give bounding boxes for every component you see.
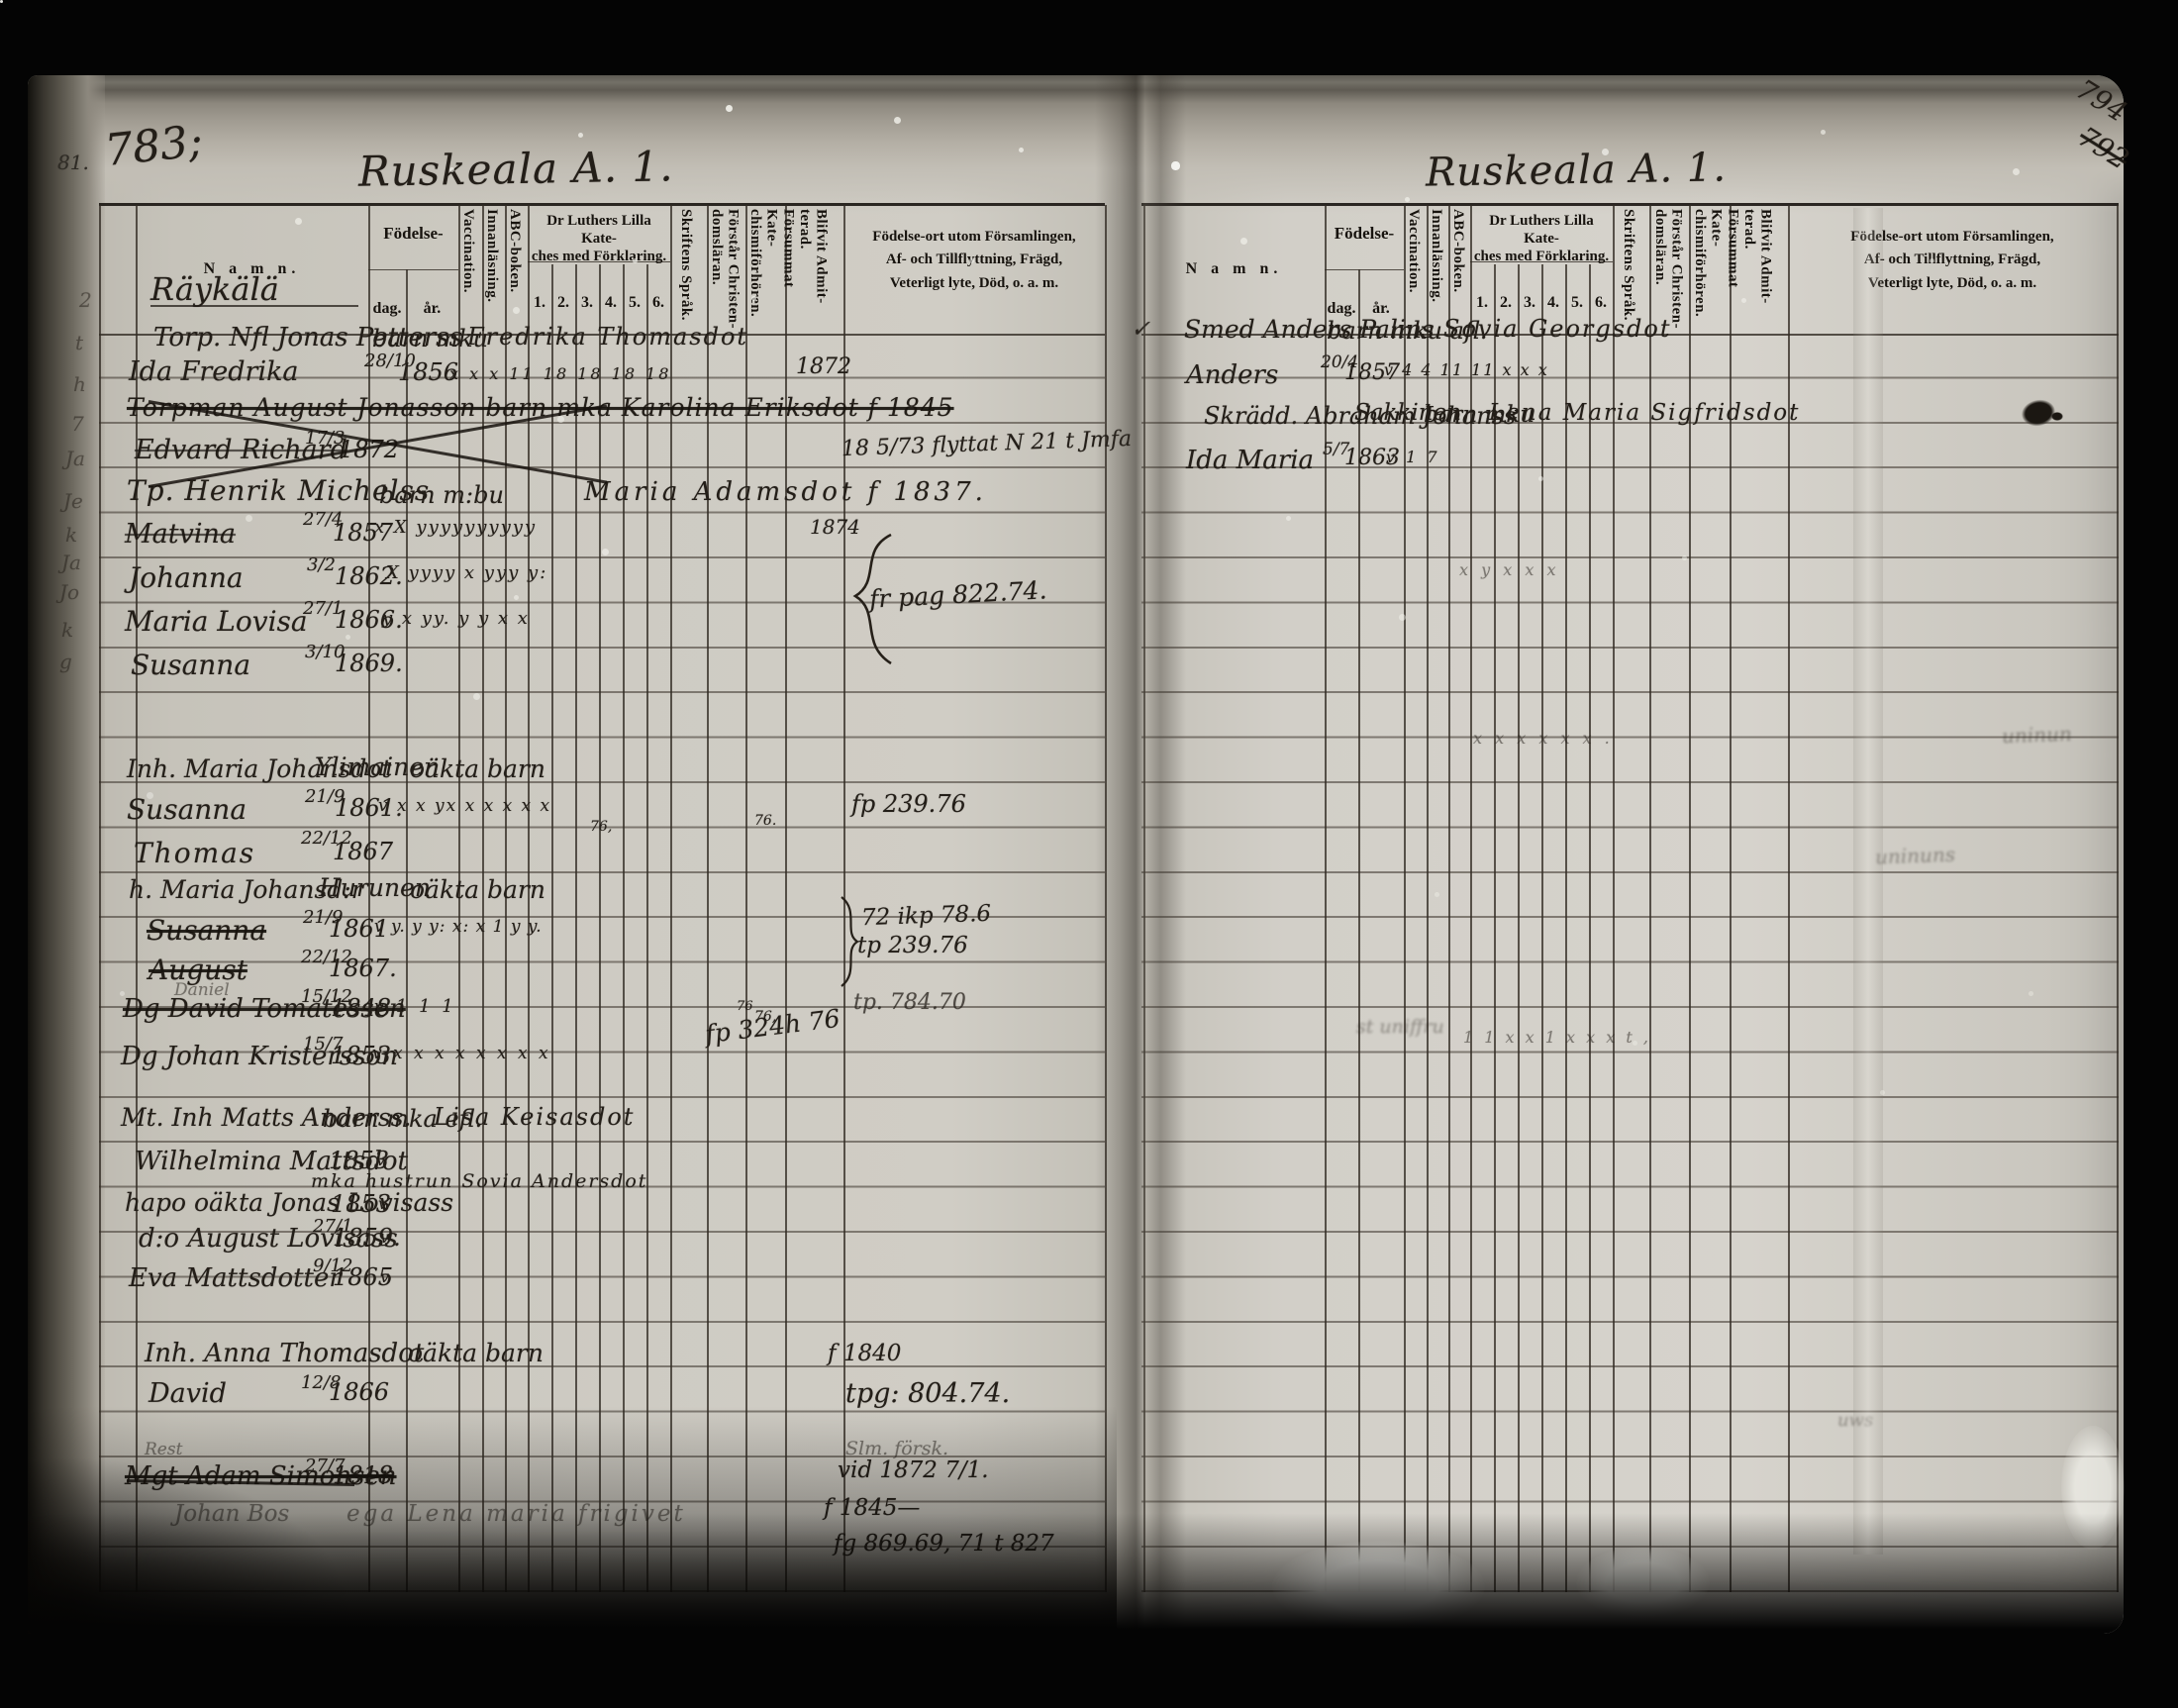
col-header-kateches: Dr Luthers Lilla Kate- ches med Förklari… xyxy=(1473,212,1610,265)
column-divider xyxy=(575,264,577,1592)
kateches-col-2: 2. xyxy=(1498,293,1514,312)
col-header-namn: N a m n. xyxy=(1143,259,1325,278)
small-number: 76. xyxy=(754,814,776,828)
entry-name: Johanna xyxy=(129,564,244,592)
margin-note: fg 869.69, 71 t 827 xyxy=(834,1533,1054,1556)
reading-marks: v xyxy=(380,1269,389,1285)
col-header-blifvit: Blifvit Admit- terad. xyxy=(1740,209,1774,330)
reading-marks: y x yy. y y x x xyxy=(382,610,530,628)
column-divider xyxy=(1518,264,1520,1592)
margin-mark: t xyxy=(75,333,83,352)
reading-marks: v x x x x x x x x xyxy=(372,1046,551,1062)
illegible-scribble: uninuns xyxy=(1875,845,1956,867)
column-divider xyxy=(551,264,553,1592)
brace-annotation xyxy=(836,895,863,988)
col-header-innanlasning: Innanläsning. xyxy=(1428,209,1444,330)
kateches-col-5: 5. xyxy=(1569,293,1585,312)
kateches-col-3: 3. xyxy=(579,293,595,312)
book-binding-edge xyxy=(28,75,105,1634)
col-header-fodelse: Födelse- xyxy=(1325,224,1404,244)
entry-note: ega Lena maria frigivet xyxy=(346,1503,686,1526)
reading-marks: v 1 7 xyxy=(1386,450,1440,465)
scanned-register-photo: Ruskeala A. 1. N a m n. Födelse- dag. år… xyxy=(0,0,2178,1708)
column-divider xyxy=(1589,264,1591,1592)
column-divider xyxy=(646,264,648,1592)
col-header-kateches: Dr Luthers Lilla Kate- ches med Förklari… xyxy=(531,212,667,265)
margin-note: vid 1872 7/1. xyxy=(838,1459,989,1482)
entry-name: Maria Lovisa xyxy=(125,608,308,636)
fodelse-underline xyxy=(368,269,458,270)
col-header-fodelseort: Födelse-ort utom Församlingen, Af- och T… xyxy=(853,226,1095,295)
kateches-col-5: 5. xyxy=(627,293,643,312)
kateches-col-6: 6. xyxy=(650,293,666,312)
entry-relation: barn m:bu xyxy=(379,483,504,507)
margin-note: tp. 784.70 xyxy=(853,992,966,1014)
kateches-col-4: 4. xyxy=(603,293,619,312)
entry-mother: Lena Maria Sigfridsdot xyxy=(1489,402,1800,425)
birth-year: 1867 xyxy=(333,840,393,863)
col-header-fodelse: Födelse- xyxy=(368,224,458,244)
margin-note: fp 239.76 xyxy=(851,792,966,816)
column-divider xyxy=(1105,205,1107,1592)
margin-mark: Je xyxy=(63,491,83,511)
reading-marks: v x x yx x x x x x xyxy=(378,798,551,815)
table-top-rule xyxy=(1141,203,2119,206)
reading-marks: v 4 4 11 11 x x x xyxy=(1384,362,1549,378)
page-title-left: Ruskeala A. 1. xyxy=(358,146,674,193)
kateches-col-4: 4. xyxy=(1545,293,1561,312)
reading-marks: X yyyy x yyy y: xyxy=(386,564,547,582)
entry-name: Inh. Anna Thomasdot xyxy=(145,1341,424,1366)
column-divider xyxy=(1541,264,1543,1592)
col-header-forstar: Förstår Christen- domsläran. xyxy=(708,209,742,330)
col-header-skriftens: Skriftens Språk. xyxy=(677,209,694,330)
book-top-edge xyxy=(28,75,2124,216)
entry-name: Eva Mattsdotter xyxy=(129,1265,342,1291)
margin-mark: 2 xyxy=(79,290,92,310)
column-divider xyxy=(99,205,101,1592)
column-divider xyxy=(1143,205,1145,1592)
entry-name: Ida Fredrika xyxy=(129,358,299,385)
col-header-forsummat: Försummat Kate- chismiförhören. xyxy=(746,209,796,330)
margin-note: 72 ikp 78.6 xyxy=(861,903,992,931)
reading-marks: v xyxy=(376,1153,385,1168)
table-top-rule xyxy=(99,203,1105,206)
birth-day: 3/2 xyxy=(307,556,336,574)
margin-mark: Ja xyxy=(61,553,81,572)
entry-name: Susanna xyxy=(127,796,247,824)
birth-year: 1859. xyxy=(333,1226,401,1250)
reading-marks: v 1 1 1 xyxy=(374,998,456,1016)
village-heading: Räykälä xyxy=(150,273,358,307)
reading-marks: x x x 11 18 18 18 18 xyxy=(449,366,671,382)
entry-mother: Sovia Georgsdot xyxy=(1443,317,1672,341)
entry-name: Johan Bos xyxy=(174,1503,289,1526)
column-divider xyxy=(1565,264,1567,1592)
reading-marks: v xyxy=(380,1230,389,1246)
entry-note: oäkta barn xyxy=(408,1341,544,1365)
margin-note: f 1840 xyxy=(828,1343,901,1365)
col-header-ar: år. xyxy=(406,299,458,318)
entry-mother: Maria Adamsdot f 1837. xyxy=(584,479,987,505)
reading-marks: x X yyyyyyyyyy xyxy=(374,519,537,537)
column-divider xyxy=(599,264,601,1592)
brace-annotation xyxy=(847,533,899,665)
margin-note: f 1845— xyxy=(824,1497,920,1520)
col-header-blifvit: Blifvit Admit- terad. xyxy=(796,209,830,330)
birth-year: 1866 xyxy=(329,1380,389,1404)
dust-specks xyxy=(0,0,3,3)
margin-mark: Jo xyxy=(59,582,79,602)
entry-name: Anders xyxy=(1186,362,1278,388)
col-header-abc-boken: ABC-boken. xyxy=(1449,209,1466,330)
birth-year: 1867. xyxy=(329,956,397,980)
entry-name: hapo oäkta Jonas Lovisass xyxy=(125,1190,453,1215)
margin-mark: 7 xyxy=(71,414,84,434)
illegible-scribble: uninun xyxy=(2002,724,2072,746)
entry-name: David xyxy=(148,1380,227,1407)
edge-page-number: 81. xyxy=(57,152,89,172)
entry-name: Ida Maria xyxy=(1186,448,1314,473)
margin-note: tpg: 804.74. xyxy=(845,1380,1010,1407)
margin-note: Slm. försk. xyxy=(845,1440,948,1458)
entry-mother: Fredrika Thomasdot xyxy=(467,325,748,349)
col-header-vaccination: Vaccination. xyxy=(1405,209,1422,330)
col-header-fodelseort: Födelse-ort utom Församlingen, Af- och T… xyxy=(1822,226,2083,295)
reading-marks: v y. y y: x: x 1 y y. xyxy=(374,919,543,936)
col-header-innanlasning: Innanläsning. xyxy=(483,209,500,330)
margin-mark: k xyxy=(61,620,73,640)
margin-mark: g xyxy=(59,652,72,671)
illegible-scribble: uws xyxy=(1837,1412,1873,1430)
reading-marks: x y x x x xyxy=(1459,562,1559,578)
crossed-entry: Susanna xyxy=(147,917,266,945)
col-header-abc-boken: ABC-boken. xyxy=(506,209,523,330)
column-divider xyxy=(623,264,625,1592)
margin-mark: h xyxy=(73,374,86,394)
column-divider xyxy=(2117,205,2119,1592)
entry-note: oäkta barn xyxy=(410,877,545,902)
entry-mother: Lisa Keisasdot xyxy=(434,1105,635,1129)
reading-marks: x x x x x x . xyxy=(1473,731,1614,747)
margin-mark: k xyxy=(65,525,77,545)
kateches-col-3: 3. xyxy=(1522,293,1537,312)
col-header-dag: dag. xyxy=(368,299,406,318)
small-number: 76 xyxy=(737,1000,753,1013)
kateches-col-1: 1. xyxy=(532,293,547,312)
margin-mark: Ja xyxy=(65,449,85,468)
illegible-scribble: st uniffru xyxy=(1356,1018,1444,1037)
check-mark: ✓ xyxy=(1131,317,1150,341)
kateches-col-1: 1. xyxy=(1474,293,1490,312)
admitted-year: 1872 xyxy=(796,356,851,378)
margin-note: tp 239.76 xyxy=(857,935,968,957)
col-header-forstar: Förstår Christen- domsläran. xyxy=(1651,209,1685,330)
col-header-vaccination: Vaccination. xyxy=(459,209,476,330)
entry-name: Matvina xyxy=(125,521,236,548)
page-number-left: 783; xyxy=(103,120,205,173)
entry-name: Thomas xyxy=(134,840,255,867)
birth-year: 1869. xyxy=(335,652,403,675)
col-header-skriftens: Skriftens Språk. xyxy=(1620,209,1636,330)
entry-note: oäkta barn xyxy=(410,756,545,781)
kateches-col-2: 2. xyxy=(555,293,571,312)
small-number: 76, xyxy=(590,820,612,834)
reading-marks: 1 1 x x 1 x x x t , xyxy=(1463,1030,1651,1046)
column-divider xyxy=(1494,264,1496,1592)
page-title-right: Ruskeala A. 1. xyxy=(1426,148,1728,192)
kateches-col-6: 6. xyxy=(1593,293,1609,312)
interline-note: Rest xyxy=(145,1442,182,1458)
reading-marks: v xyxy=(378,1196,387,1212)
fodelse-underline xyxy=(1325,269,1404,270)
right-table-body-ruling xyxy=(1141,334,2119,1592)
ink-blot xyxy=(2051,412,2063,421)
entry-name: Susanna xyxy=(131,652,250,679)
col-header-forsummat: Försummat Kate- chismiförhören. xyxy=(1691,209,1740,330)
